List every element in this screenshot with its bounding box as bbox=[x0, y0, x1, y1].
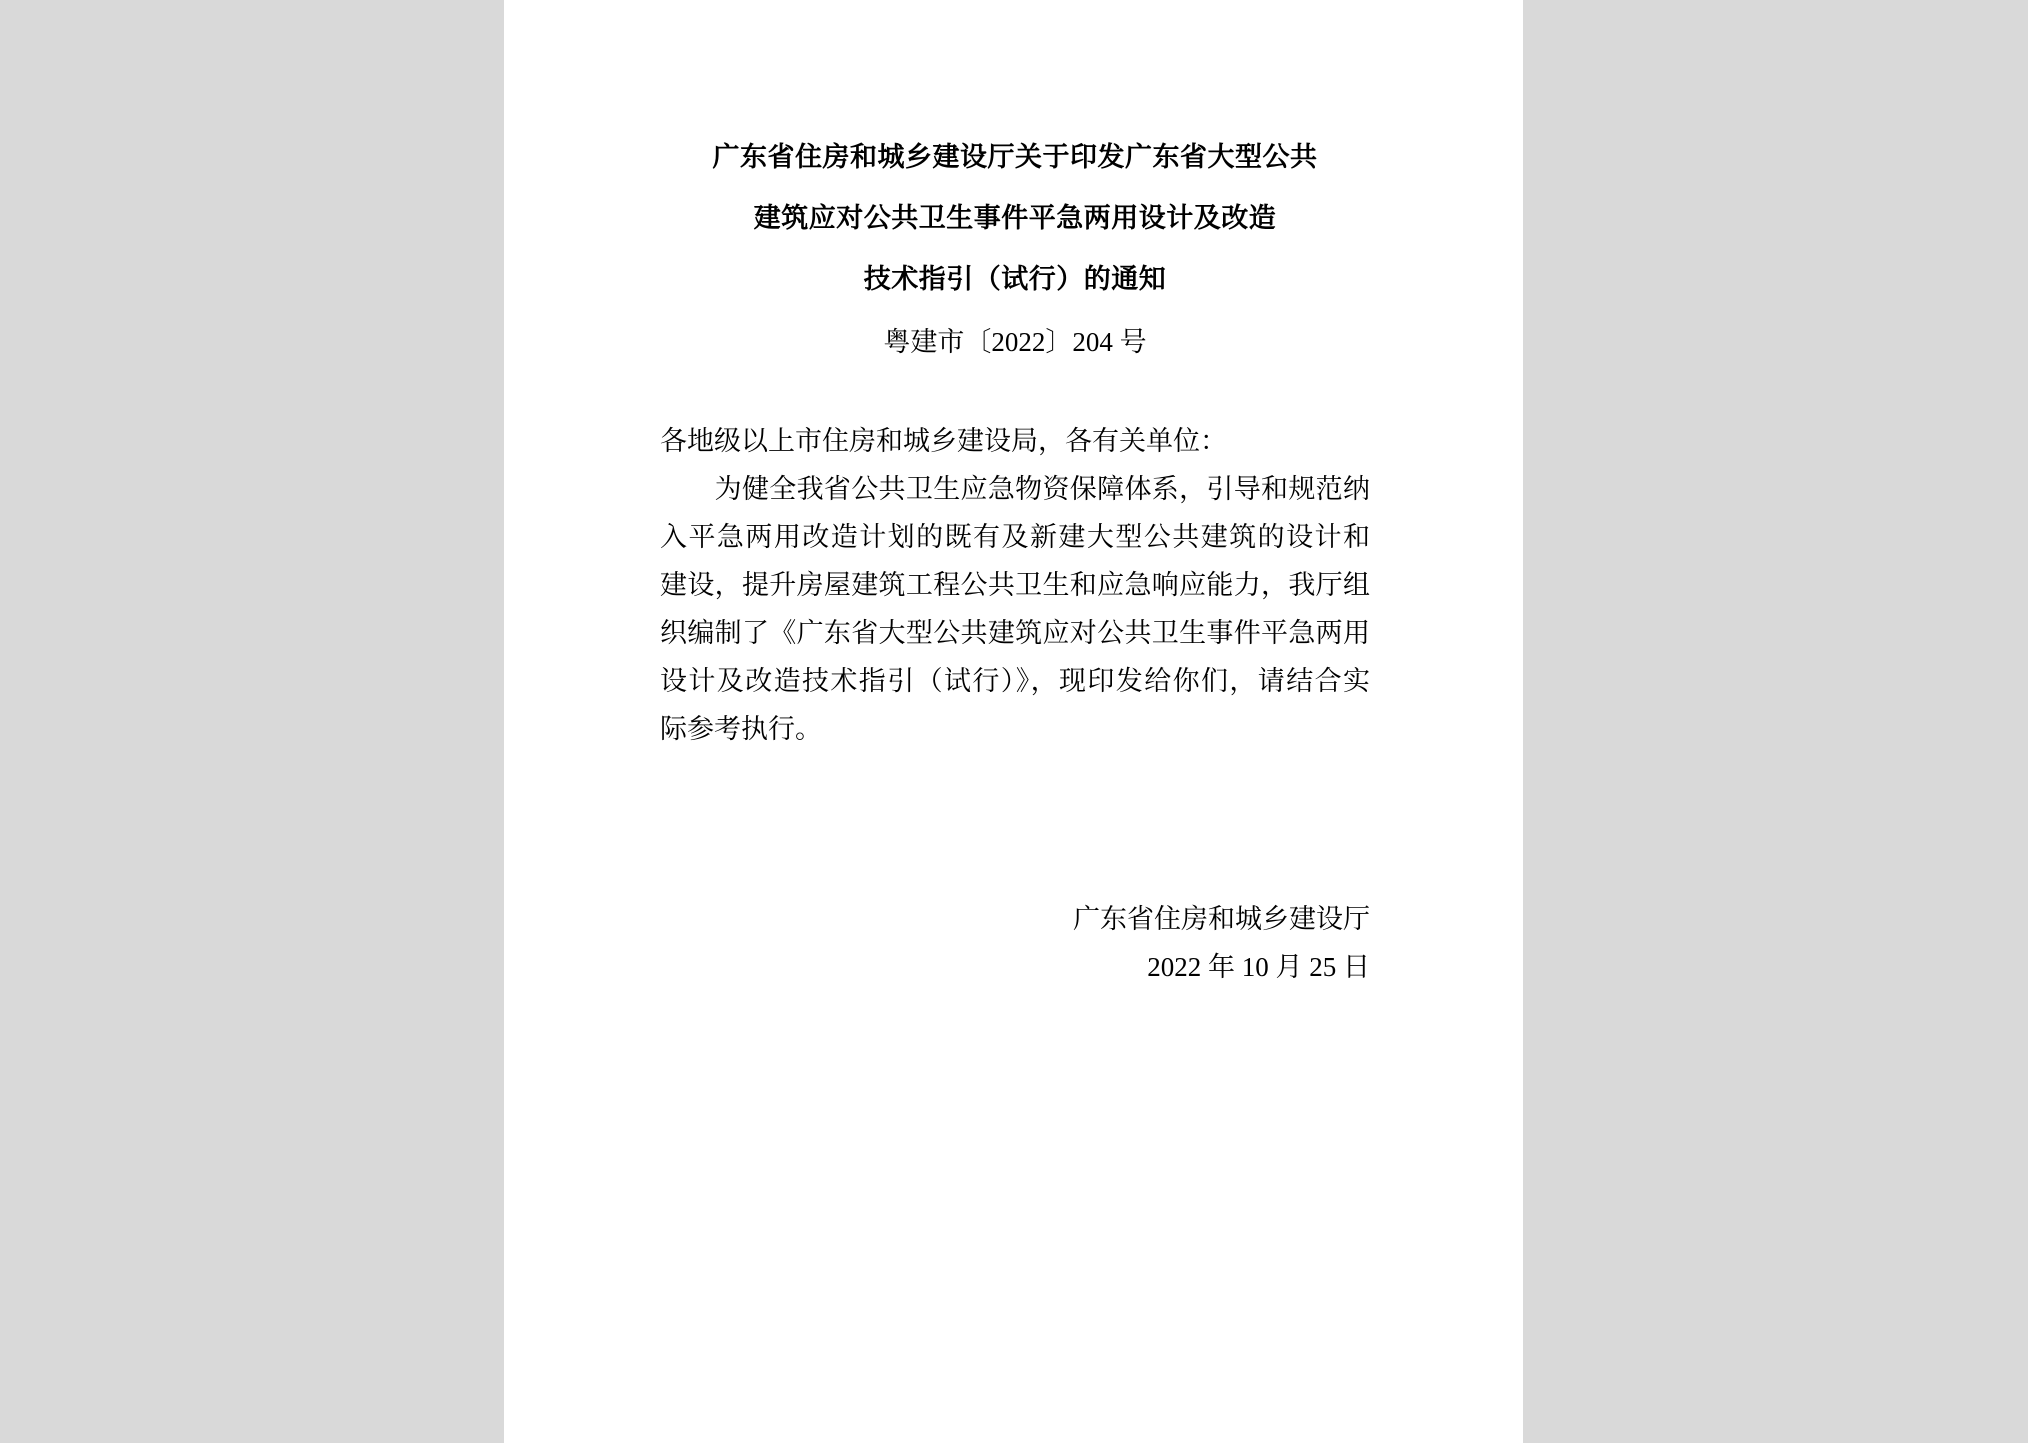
title-line: 广东省住房和城乡建设厅关于印发广东省大型公共 bbox=[660, 127, 1370, 188]
document-page: 广东省住房和城乡建设厅关于印发广东省大型公共 建筑应对公共卫生事件平急两用设计及… bbox=[504, 0, 1523, 1443]
document-signature: 广东省住房和城乡建设厅 2022 年 10 月 25 日 bbox=[660, 895, 1370, 991]
body-line-last: 际参考执行。 bbox=[660, 705, 1370, 753]
title-line: 技术指引（试行）的通知 bbox=[660, 249, 1370, 310]
document-number: 粤建市〔2022〕204 号 bbox=[660, 318, 1370, 366]
signature-date: 2022 年 10 月 25 日 bbox=[660, 943, 1370, 991]
signature-org: 广东省住房和城乡建设厅 bbox=[660, 895, 1370, 943]
document-title: 广东省住房和城乡建设厅关于印发广东省大型公共 建筑应对公共卫生事件平急两用设计及… bbox=[660, 127, 1370, 310]
body-line: 建设，提升房屋建筑工程公共卫生和应急响应能力，我厅组 bbox=[660, 561, 1370, 609]
body-line: 织编制了《广东省大型公共建筑应对公共卫生事件平急两用 bbox=[660, 609, 1370, 657]
document-canvas: { "document": { "title_lines": [ "广东省住房和… bbox=[0, 0, 2028, 1443]
body-line: 为健全我省公共卫生应急物资保障体系，引导和规范纳 bbox=[660, 465, 1370, 513]
body-line: 入平急两用改造计划的既有及新建大型公共建筑的设计和 bbox=[660, 513, 1370, 561]
document-body: 各地级以上市住房和城乡建设局，各有关单位： 为健全我省公共卫生应急物资保障体系，… bbox=[660, 417, 1370, 753]
body-line: 设计及改造技术指引（试行）》，现印发给你们，请结合实 bbox=[660, 657, 1370, 705]
title-line: 建筑应对公共卫生事件平急两用设计及改造 bbox=[660, 188, 1370, 249]
body-line-salutation: 各地级以上市住房和城乡建设局，各有关单位： bbox=[660, 417, 1370, 465]
